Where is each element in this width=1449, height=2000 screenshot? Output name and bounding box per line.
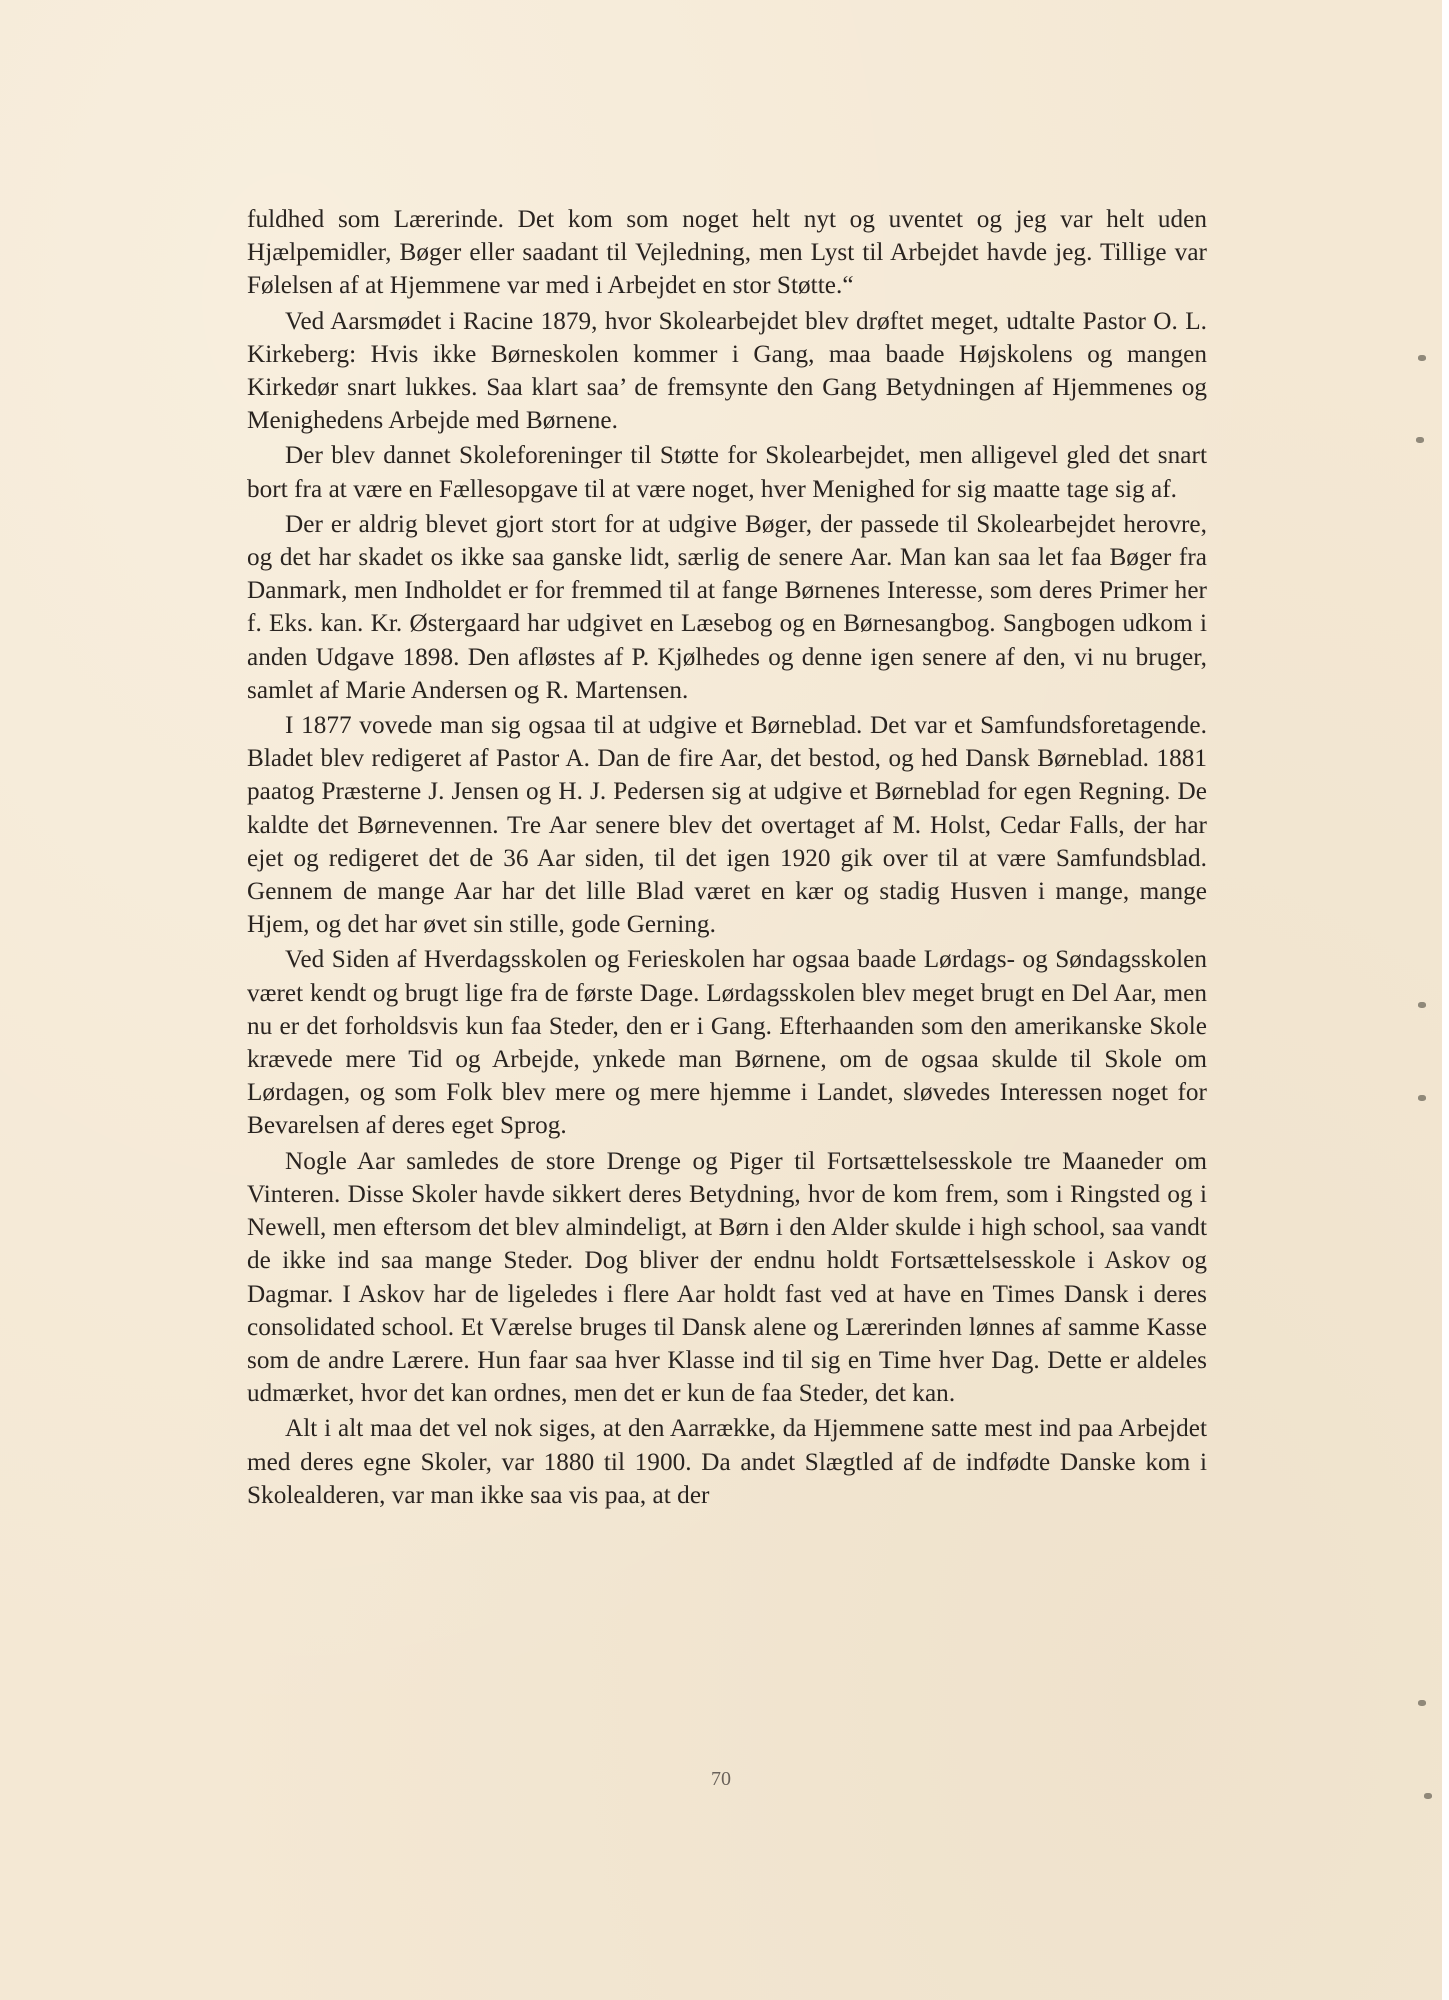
paragraph: Ved Siden af Hverdagsskolen og Ferieskol… — [247, 943, 1207, 1142]
paragraph: Der blev dannet Skoleforeninger til Støt… — [247, 439, 1207, 505]
page-number: 70 — [0, 1768, 1442, 1791]
body-text: fuldhed som Lærerinde. Det kom som noget… — [247, 203, 1207, 1512]
margin-speck — [1424, 1793, 1432, 1799]
margin-speck — [1418, 1700, 1426, 1706]
paragraph: Der er aldrig blevet gjort stort for at … — [247, 508, 1207, 707]
margin-speck — [1416, 437, 1424, 443]
paragraph: Nogle Aar samledes de store Drenge og Pi… — [247, 1145, 1207, 1411]
margin-speck — [1418, 1095, 1426, 1101]
scanned-page: fuldhed som Lærerinde. Det kom som noget… — [0, 0, 1442, 2000]
margin-speck — [1418, 1002, 1426, 1008]
paragraph: Alt i alt maa det vel nok siges, at den … — [247, 1412, 1207, 1512]
margin-speck — [1418, 355, 1426, 361]
paragraph: Ved Aarsmødet i Racine 1879, hvor Skolea… — [247, 305, 1207, 438]
paragraph-continuation: fuldhed som Lærerinde. Det kom som noget… — [247, 203, 1207, 303]
paragraph: I 1877 vovede man sig ogsaa til at udgiv… — [247, 709, 1207, 941]
